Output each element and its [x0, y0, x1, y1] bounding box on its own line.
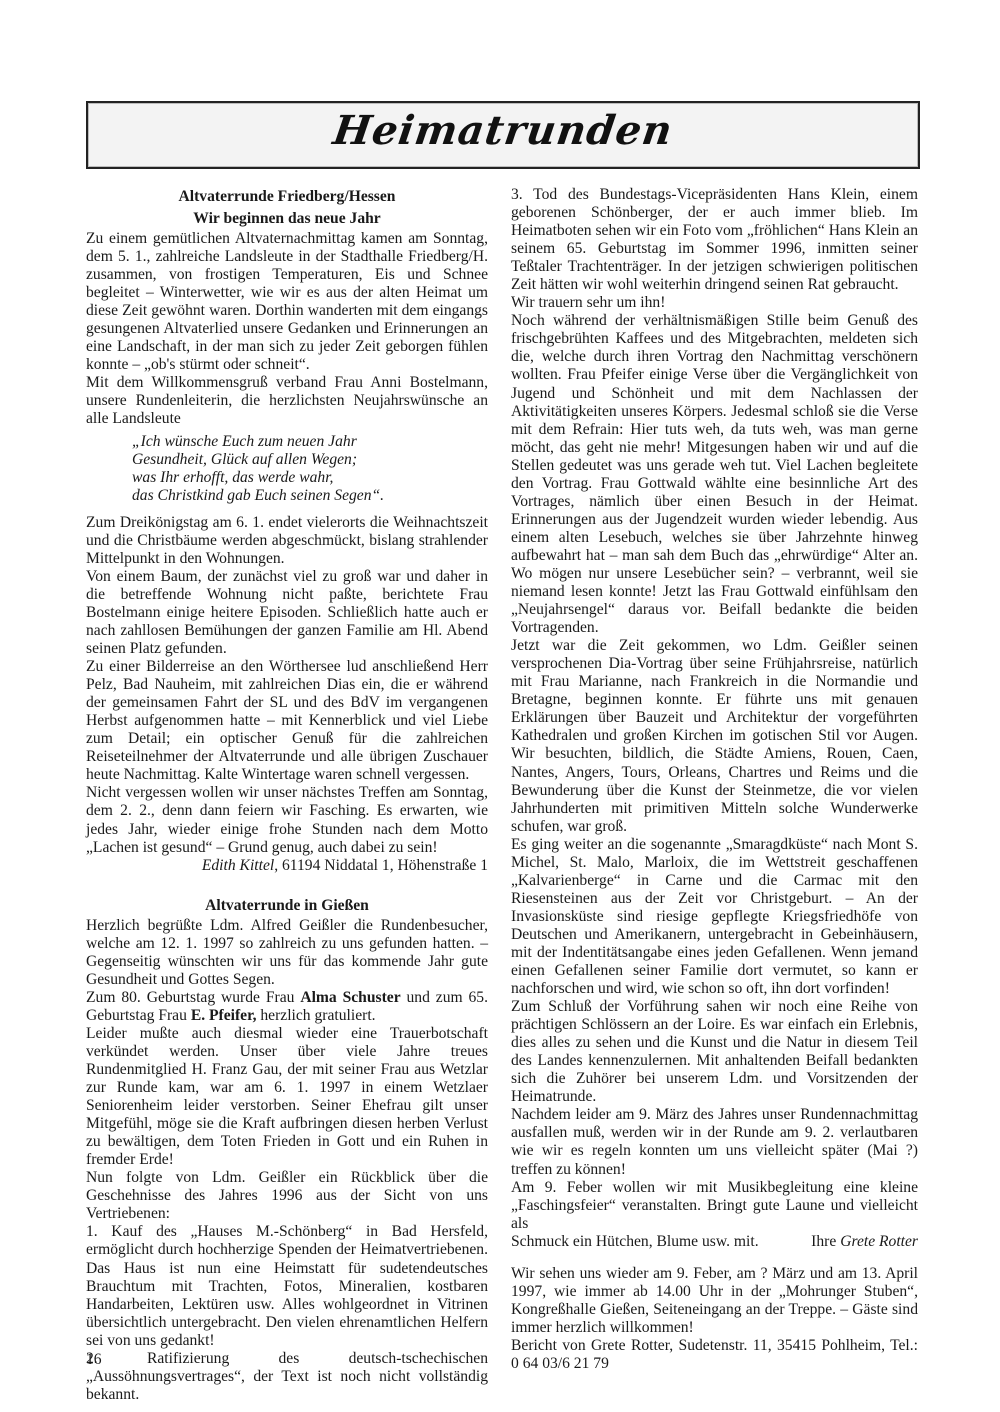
paragraph: 3. Tod des Bundestags-Vicepräsidenten Ha… [511, 186, 918, 294]
paragraph: Nachdem leider am 9. März des Jahres uns… [511, 1106, 918, 1178]
paragraph: Es ging weiter an die sogenannte „Smarag… [511, 836, 918, 998]
paragraph: Herzlich begrüßte Ldm. Alfred Geißler di… [86, 917, 488, 989]
text: Zum 80. Geburtstag wurde Frau [86, 989, 300, 1006]
page-title: Heimatrunden [85, 107, 922, 154]
name-highlight: E. Pfeifer, [191, 1007, 257, 1024]
paragraph: Nicht vergessen wollen wir unser nächste… [86, 784, 488, 856]
paragraph: Am 9. Feber wollen wir mit Musikbegleitu… [511, 1179, 918, 1233]
paragraph: Wir trauern sehr um ihn! [511, 294, 918, 312]
last-line-with-signature: Schmuck ein Hütchen, Blume usw. mit.Ihre… [511, 1233, 918, 1251]
signature-name: Edith Kittel [202, 857, 274, 874]
signature: Edith Kittel, 61194 Niddatal 1, Höhenstr… [86, 857, 488, 875]
paragraph: 1. Kauf des „Hauses M.-Schönberg“ in Bad… [86, 1223, 488, 1349]
paragraph: Leider mußte auch diesmal wieder eine Tr… [86, 1025, 488, 1169]
right-column: 3. Tod des Bundestags-Vicepräsidenten Ha… [511, 186, 918, 1373]
poem-line: das Christkind gab Euch seinen Segen“. [132, 487, 488, 505]
paragraph-birthdays: Zum 80. Geburtstag wurde Frau Alma Schus… [86, 989, 488, 1025]
paragraph: Jetzt war die Zeit gekommen, wo Ldm. Gei… [511, 637, 918, 836]
signature: Ihre Grete Rotter [811, 1233, 918, 1251]
section-subheading: Wir beginnen das neue Jahr [86, 208, 488, 230]
text: Ihre [811, 1233, 840, 1250]
poem: „Ich wünsche Euch zum neuen Jahr Gesundh… [132, 433, 488, 506]
paragraph: Noch während der verhältnismäßigen Still… [511, 312, 918, 637]
paragraph: Zu einer Bilderreise an den Wörthersee l… [86, 658, 488, 784]
paragraph: Bericht von Grete Rotter, Sudetenstr. 11… [511, 1337, 918, 1373]
text: herzlich gratuliert. [256, 1007, 375, 1024]
paragraph: Wir sehen uns wieder am 9. Feber, am ? M… [511, 1265, 918, 1337]
section-heading-giessen: Altvaterrunde in Gießen [86, 895, 488, 917]
page-number: 16 [86, 1351, 102, 1369]
poem-line: Gesundheit, Glück auf allen Wegen; [132, 451, 488, 469]
section-heading-friedberg: Altvaterrunde Friedberg/Hessen [86, 186, 488, 208]
signature-address: , 61194 Niddatal 1, Höhenstraße 1 [274, 857, 488, 874]
poem-line: „Ich wünsche Euch zum neuen Jahr [132, 433, 488, 451]
paragraph: Zu einem gemütlichen Altvaternachmittag … [86, 230, 488, 374]
paragraph: 2. Ratifizierung des deutsch-tschechisch… [86, 1350, 488, 1404]
poem-line: was Ihr erhofft, das werde wahr, [132, 469, 488, 487]
paragraph: Mit dem Willkommensgruß verband Frau Ann… [86, 374, 488, 428]
signature-name: Grete Rotter [840, 1233, 918, 1250]
page-title-banner: Heimatrunden [86, 101, 920, 169]
text: Schmuck ein Hütchen, Blume usw. mit. [511, 1233, 759, 1251]
paragraph: Nun folgte von Ldm. Geißler ein Rückblic… [86, 1169, 488, 1223]
left-column: Altvaterrunde Friedberg/Hessen Wir begin… [86, 186, 488, 1404]
paragraph: Zum Dreikönigstag am 6. 1. endet vielero… [86, 514, 488, 568]
name-highlight: Alma Schuster [300, 989, 400, 1006]
paragraph: Von einem Baum, der zunächst viel zu gro… [86, 568, 488, 658]
paragraph: Zum Schluß der Vorführung sahen wir noch… [511, 998, 918, 1106]
